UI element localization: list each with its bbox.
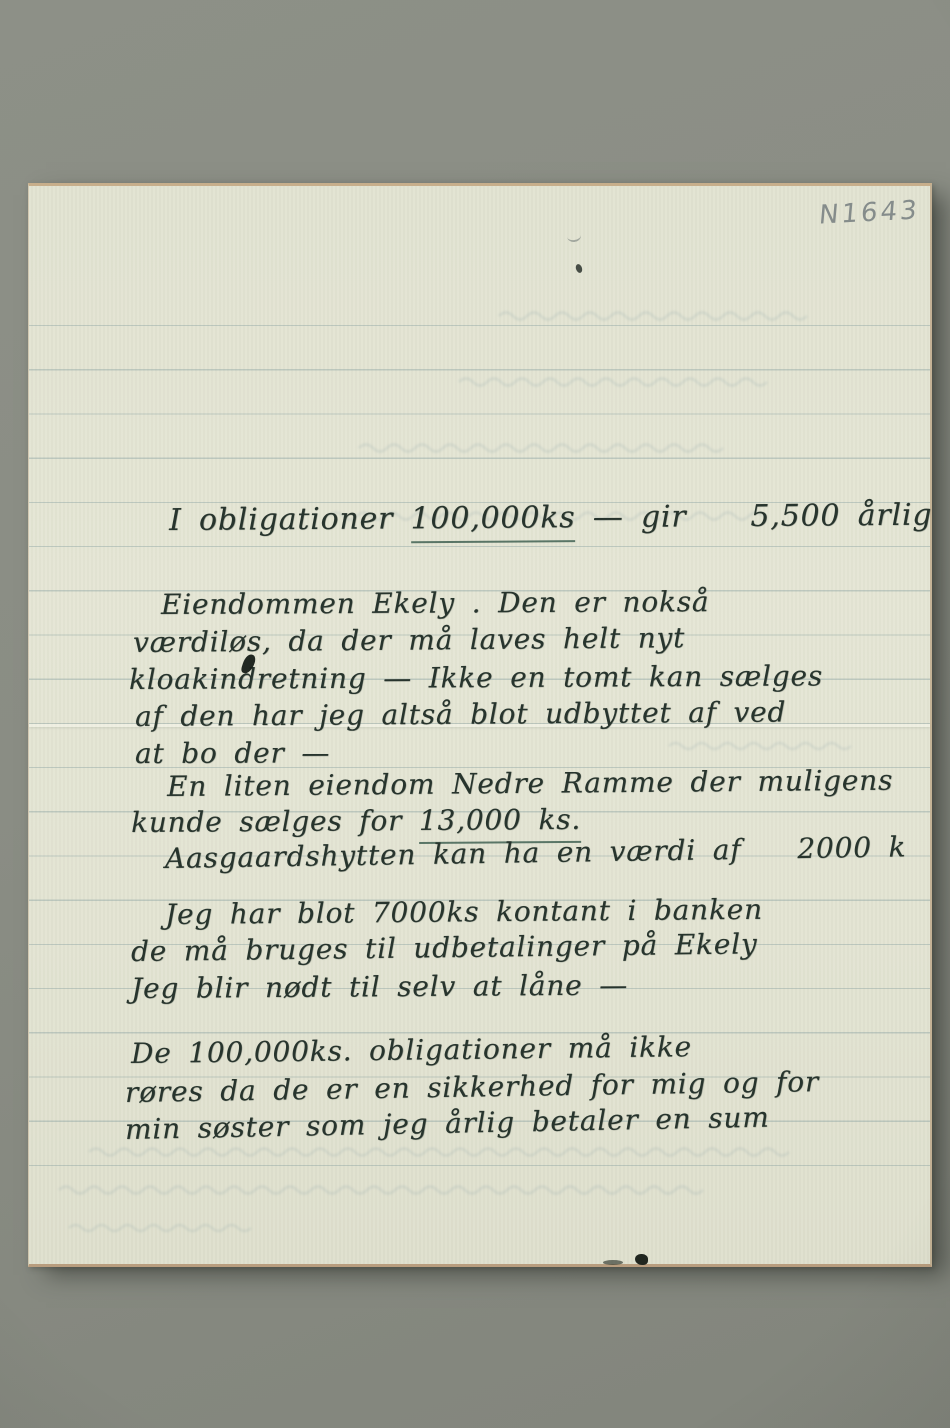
- handwritten-line: De 100,000ks. obligationer må ikke: [131, 1030, 692, 1070]
- handwriting-segment: Jeg blir nødt til selv at låne —: [131, 969, 628, 1005]
- handwriting-segment: Aasgaardshytten kan ha en værdi af: [165, 833, 742, 875]
- manuscript-page: N1643 I obligationer 100,000ks — gir5,50…: [28, 183, 932, 1267]
- handwriting-segment: de må bruges til udbetalinger på Ekely: [131, 927, 758, 968]
- handwritten-line: kunde sælges for 13,000 ks.: [131, 803, 581, 839]
- handwritten-line: En liten eiendom Nedre Ramme der muligen…: [167, 764, 893, 803]
- ink-smudge: [603, 1260, 623, 1265]
- handwritten-text: I obligationer 100,000ks — gir5,500 årli…: [125, 186, 925, 1264]
- handwritten-line: Jeg blir nødt til selv at låne —: [131, 969, 628, 1005]
- handwritten-line: kloakindretning — Ikke en tomt kan sælge…: [129, 659, 823, 696]
- underlined-amount: 100,000ks: [410, 500, 575, 543]
- handwritten-line: de må bruges til udbetalinger på Ekely: [131, 927, 758, 968]
- handwritten-line: I obligationer 100,000ks — gir5,500 årli…: [169, 498, 933, 538]
- handwriting-segment: kloakindretning — Ikke en tomt kan sælge…: [129, 659, 823, 696]
- handwriting-segment: En liten eiendom Nedre Ramme der muligen…: [167, 764, 893, 803]
- photograph-backdrop: N1643 I obligationer 100,000ks — gir5,50…: [0, 0, 950, 1428]
- handwriting-segment: kunde sælges for: [131, 804, 419, 839]
- handwriting-segment: — gir: [575, 499, 686, 535]
- handwritten-line: Jeg har blot 7000ks kontant i banken: [165, 893, 763, 931]
- handwriting-segment: Jeg har blot 7000ks kontant i banken: [165, 893, 763, 931]
- handwriting-segment: Eiendommen Ekely . Den er nokså: [161, 585, 710, 621]
- handwritten-line: af den har jeg altså blot udbyttet af ve…: [135, 695, 786, 733]
- handwriting-segment: 2000 k: [797, 830, 906, 865]
- handwriting-segment: værdiløs, da der må laves helt nyt: [133, 621, 685, 659]
- ink-blot: [635, 1254, 648, 1265]
- handwriting-segment: at bo der —: [135, 736, 330, 770]
- handwriting-segment: De 100,000ks. obligationer må ikke: [131, 1030, 692, 1070]
- handwritten-line: Eiendommen Ekely . Den er nokså: [161, 585, 710, 621]
- handwritten-line: værdiløs, da der må laves helt nyt: [133, 621, 685, 659]
- handwriting-segment: I obligationer: [169, 501, 411, 538]
- handwritten-line: at bo der —: [135, 736, 330, 770]
- handwriting-segment: af den har jeg altså blot udbyttet af ve…: [135, 695, 786, 733]
- handwriting-segment: 5,500 årlig: [750, 498, 932, 534]
